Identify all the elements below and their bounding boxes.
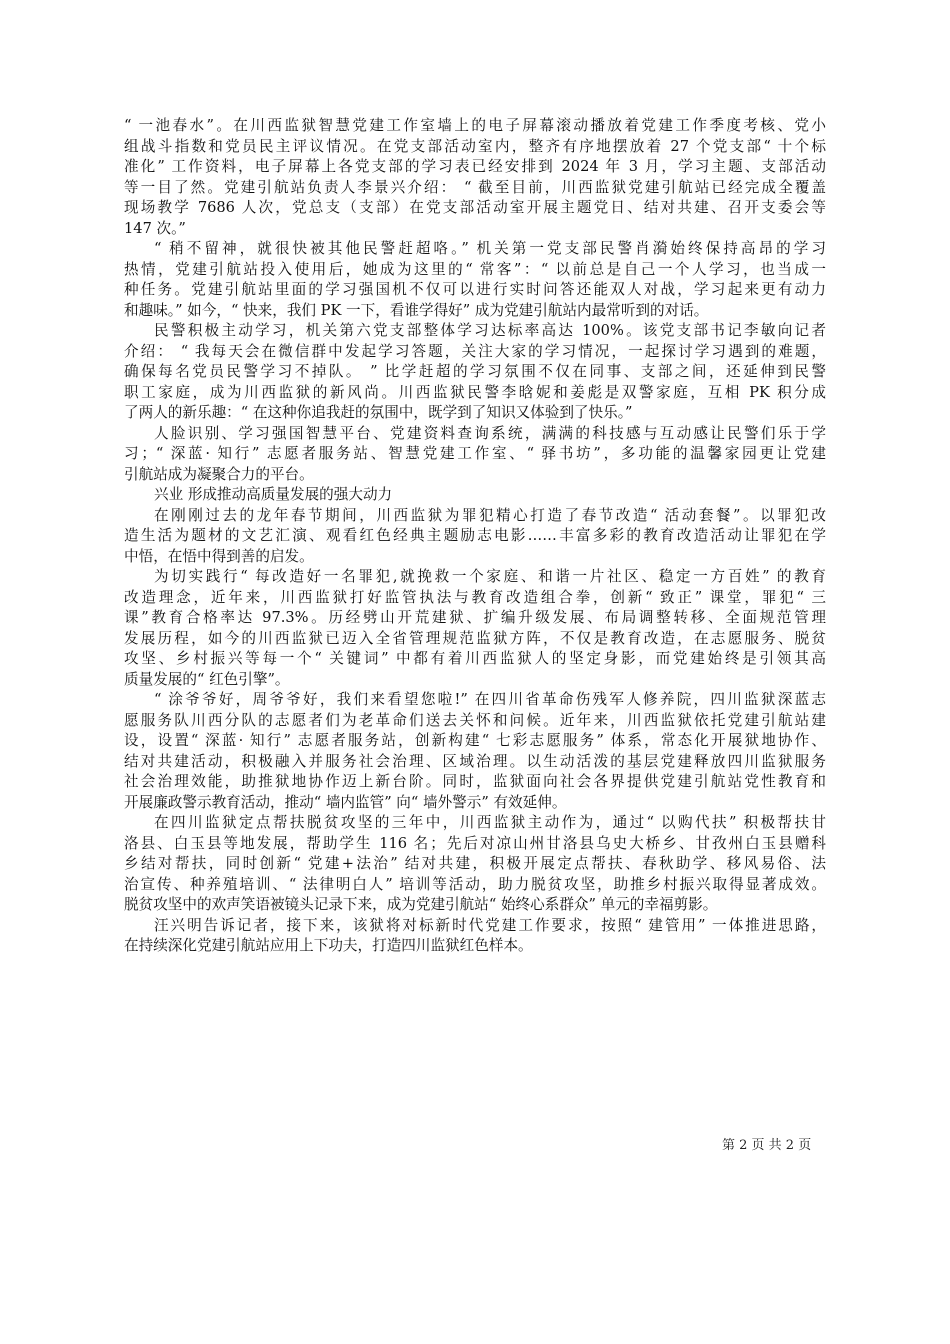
text-line: “ 涂爷爷好，周爷爷好，我们来看望您啦!” 在四川省革命伤残军人修养院，四川监狱… (124, 690, 826, 711)
paragraph: “ 涂爷爷好，周爷爷好，我们来看望您啦!” 在四川省革命伤残军人修养院，四川监狱… (124, 690, 826, 813)
text-line: 热情，党建引航站投入使用后，她成为这里的“ 常客”：“ 以前总是自己一个人学习，… (124, 260, 826, 281)
text-line: 等一目了然。党建引航站负责人李景兴介绍： “ 截至目前，川西监狱党建引航站已经完… (124, 178, 826, 199)
text-line: 开展廉政警示教育活动，推动“ 墙内监管” 向“ 墙外警示” 有效延伸。 (124, 793, 826, 814)
text-line: 攻坚、乡村振兴等每一个“ 关键词” 中都有着川西监狱人的坚定身影，而党建始终是引… (124, 649, 826, 670)
text-line: 乡结对帮扶，同时创新“ 党建+法治” 结对共建，积极开展定点帮扶、春秋助学、移风… (124, 854, 826, 875)
text-line: 引航站成为凝聚合力的平台。 (124, 465, 826, 486)
text-line: 改造理念，近年来，川西监狱打好监管执法与教育改造组合拳，创新“ 致正” 课堂，罪… (124, 588, 826, 609)
text-line: 脱贫攻坚中的欢声笑语被镜头记录下来，成为党建引航站“ 始终心系群众” 单元的幸福… (124, 895, 826, 916)
text-line: 洛县、白玉县等地发展，帮助学生 116 名；先后对凉山州甘洛县乌史大桥乡、甘孜州… (124, 834, 826, 855)
text-line: 质量发展的“ 红色引擎”。 (124, 670, 826, 691)
paragraph: 在四川监狱定点帮扶脱贫攻坚的三年中，川西监狱主动作为，通过“ 以购代扶” 积极帮… (124, 813, 826, 916)
text-line: 现场教学 7686 人次，党总支（支部）在党支部活动室开展主题党日、结对共建、召… (124, 198, 826, 219)
paragraph: 民警积极主动学习，机关第六党支部整体学习达标率高达 100%。该党支部书记李敏向… (124, 321, 826, 424)
paragraph: 兴业 形成推动高质量发展的强大动力 (124, 485, 826, 506)
text-line: “ 一池春水”。在川西监狱智慧党建工作室墙上的电子屏幕滚动播放着党建工作季度考核… (124, 116, 826, 137)
text-line: “ 稍不留神，就很快被其他民警赶超咯。” 机关第一党支部民警肖漪始终保持高昂的学… (124, 239, 826, 260)
paragraph: 汪兴明告诉记者，接下来，该狱将对标新时代党建工作要求，按照“ 建管用” 一体推进… (124, 916, 826, 957)
text-line: 发展历程，如今的川西监狱已迈入全省管理规范监狱方阵，不仅是教育改造，在志愿服务、… (124, 629, 826, 650)
text-line: 造生活为题材的文艺汇演、观看红色经典主题励志电影……丰富多彩的教育改造活动让罪犯… (124, 526, 826, 547)
text-line: 147 次。” (124, 219, 826, 240)
text-line: 治宣传、种养殖培训、“ 法律明白人” 培训等活动，助力脱贫攻坚，助推乡村振兴取得… (124, 875, 826, 896)
text-line: 社会治理效能，助推狱地协作迈上新台阶。同时，监狱面向社会各界提供党建引航站党性教… (124, 772, 826, 793)
text-line: 为切实践行“ 每改造好一名罪犯,就挽救一个家庭、和谐一片社区、稳定一方百姓” 的… (124, 567, 826, 588)
text-line: 准化” 工作资料，电子屏幕上各党支部的学习表已经安排到 2024 年 3 月，学… (124, 157, 826, 178)
text-line: 在刚刚过去的龙年春节期间，川西监狱为罪犯精心打造了春节改造“ 活动套餐”。以罪犯… (124, 506, 826, 527)
document-body: “ 一池春水”。在川西监狱智慧党建工作室墙上的电子屏幕滚动播放着党建工作季度考核… (124, 116, 826, 957)
text-line: 设，设置“ 深蓝· 知行” 志愿者服务站，创新构建“ 七彩志愿服务” 体系，常态… (124, 731, 826, 752)
text-line: 愿服务队川西分队的志愿者们为老革命们送去关怀和问候。近年来，川西监狱依托党建引航… (124, 711, 826, 732)
paragraph: 人脸识别、学习强国智慧平台、党建资料查询系统，满满的科技感与互动感让民警们乐于学… (124, 424, 826, 486)
text-line: 中悟，在悟中得到善的启发。 (124, 547, 826, 568)
paragraph: “ 一池春水”。在川西监狱智慧党建工作室墙上的电子屏幕滚动播放着党建工作季度考核… (124, 116, 826, 239)
text-line: 人脸识别、学习强国智慧平台、党建资料查询系统，满满的科技感与互动感让民警们乐于学 (124, 424, 826, 445)
text-line: 汪兴明告诉记者，接下来，该狱将对标新时代党建工作要求，按照“ 建管用” 一体推进… (124, 916, 826, 937)
text-line: 种任务。党建引航站里面的学习强国机不仅可以进行实时问答还能双人对战，学习起来更有… (124, 280, 826, 301)
document-page: “ 一池春水”。在川西监狱智慧党建工作室墙上的电子屏幕滚动播放着党建工作季度考核… (0, 0, 950, 1344)
text-line: 在持续深化党建引航站应用上下功夫，打造四川监狱红色样本。 (124, 936, 826, 957)
paragraph: 在刚刚过去的龙年春节期间，川西监狱为罪犯精心打造了春节改造“ 活动套餐”。以罪犯… (124, 506, 826, 568)
page-number-footer: 第 2 页 共 2 页 (722, 1134, 811, 1153)
text-line: 职工家庭，成为川西监狱的新风尚。川西监狱民警李晗妮和姜彪是双警家庭，互相 PK … (124, 383, 826, 404)
text-line: 和趣味。” 如今，“ 快来，我们 PK 一下，看谁学得好” 成为党建引航站内最常… (124, 301, 826, 322)
text-line: 结对共建活动，积极融入并服务社会治理、区域治理。以生动活泼的基层党建释放四川监狱… (124, 752, 826, 773)
text-line: 课”教育合格率达 97.3%。历经劈山开荒建狱、扩编升级发展、布局调整转移、全面… (124, 608, 826, 629)
paragraph: “ 稍不留神，就很快被其他民警赶超咯。” 机关第一党支部民警肖漪始终保持高昂的学… (124, 239, 826, 321)
text-line: 在四川监狱定点帮扶脱贫攻坚的三年中，川西监狱主动作为，通过“ 以购代扶” 积极帮… (124, 813, 826, 834)
text-line: 确保每名党员民警学习不掉队。 ” 比学赶超的学习氛围不仅在同事、支部之间，还延伸… (124, 362, 826, 383)
text-line: 民警积极主动学习，机关第六党支部整体学习达标率高达 100%。该党支部书记李敏向… (124, 321, 826, 342)
paragraph: 为切实践行“ 每改造好一名罪犯,就挽救一个家庭、和谐一片社区、稳定一方百姓” 的… (124, 567, 826, 690)
text-line: 习；“ 深蓝· 知行” 志愿者服务站、智慧党建工作室、“ 驿书坊”，多功能的温馨… (124, 444, 826, 465)
text-line: 介绍： “ 我每天会在微信群中发起学习答题，关注大家的学习情况，一起探讨学习遇到… (124, 342, 826, 363)
text-line: 组战斗指数和党员民主评议情况。在党支部活动室内，整齐有序地摆放着 27 个党支部… (124, 137, 826, 158)
text-line: 了两人的新乐趣：“ 在这种你追我赶的氛围中，既学到了知识又体验到了快乐。” (124, 403, 826, 424)
text-line: 兴业 形成推动高质量发展的强大动力 (124, 485, 826, 506)
